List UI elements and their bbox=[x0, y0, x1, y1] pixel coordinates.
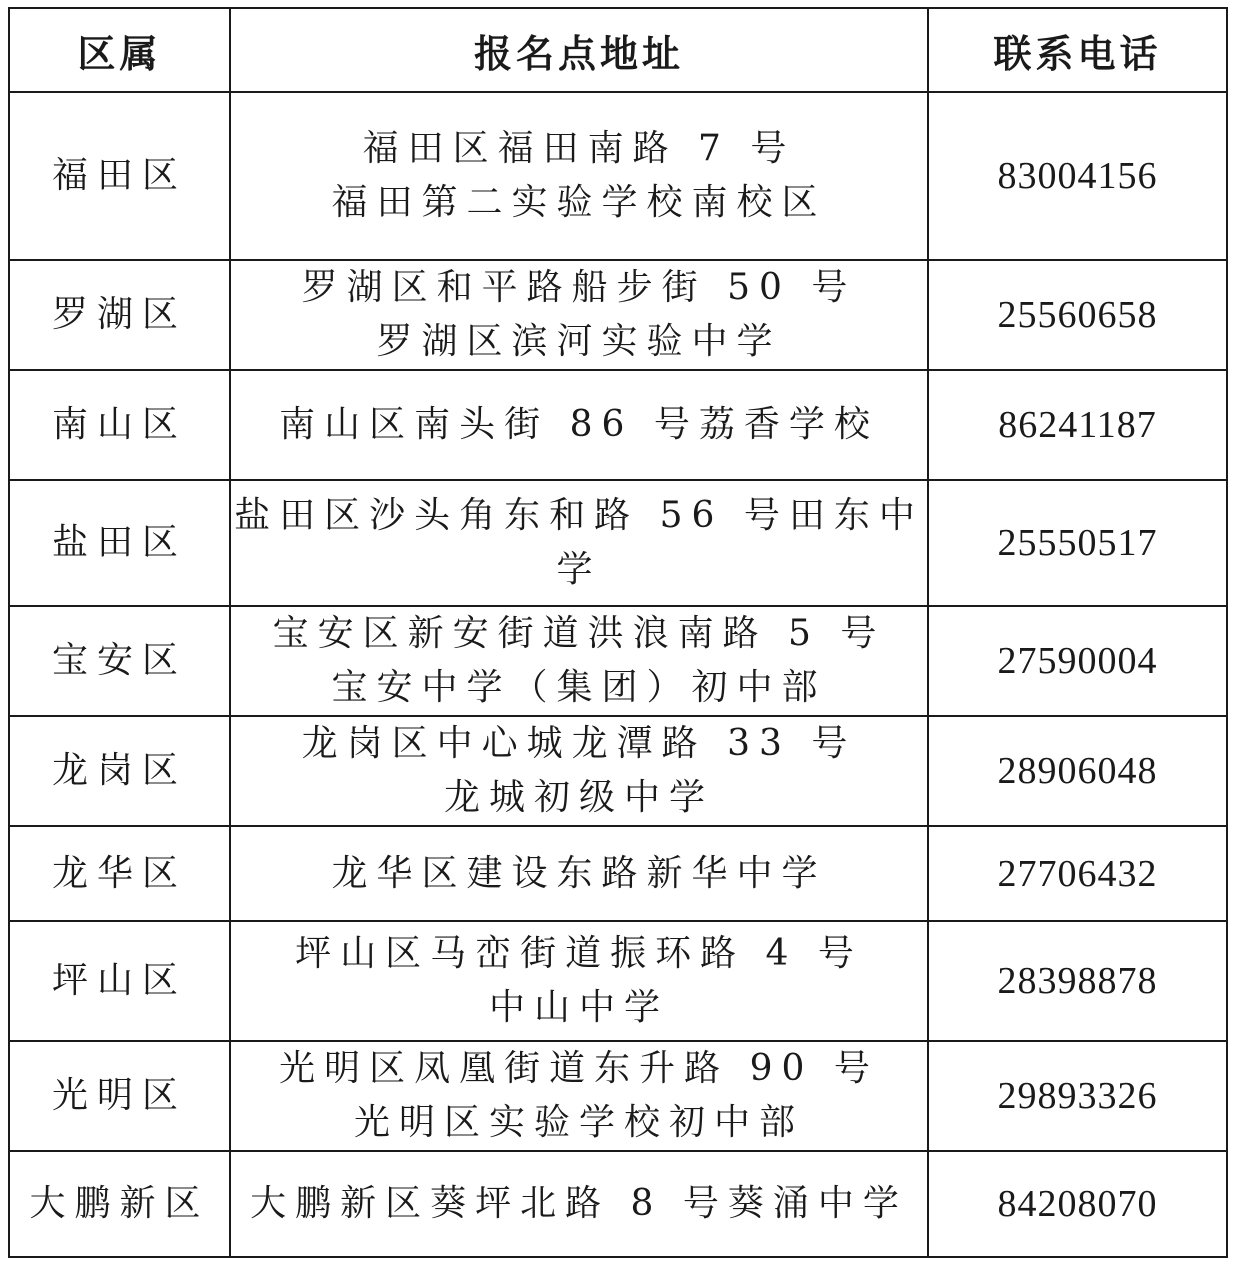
header-district: 区属 bbox=[9, 8, 230, 92]
phone-cell: 84208070 bbox=[928, 1151, 1227, 1257]
phone-cell: 83004156 bbox=[928, 92, 1227, 260]
district-cell: 罗湖区 bbox=[9, 260, 230, 370]
address-line: 盐田区沙头角东和路 56 号田东中学 bbox=[231, 489, 927, 597]
table-row: 宝安区宝安区新安街道洪浪南路 5 号宝安中学（集团）初中部27590004 bbox=[9, 606, 1227, 716]
header-address: 报名点地址 bbox=[230, 8, 928, 92]
address-cell: 盐田区沙头角东和路 56 号田东中学 bbox=[230, 480, 928, 606]
district-cell: 盐田区 bbox=[9, 480, 230, 606]
address-cell: 龙华区建设东路新华中学 bbox=[230, 826, 928, 921]
address-cell: 光明区凤凰街道东升路 90 号光明区实验学校初中部 bbox=[230, 1041, 928, 1151]
address-line: 福田第二实验学校南校区 bbox=[231, 176, 927, 230]
phone-cell: 28906048 bbox=[928, 716, 1227, 826]
phone-cell: 86241187 bbox=[928, 370, 1227, 480]
table-row: 大鹏新区大鹏新区葵坪北路 8 号葵涌中学84208070 bbox=[9, 1151, 1227, 1257]
address-line: 南山区南头街 86 号荔香学校 bbox=[231, 398, 927, 452]
table-row: 龙华区龙华区建设东路新华中学27706432 bbox=[9, 826, 1227, 921]
district-cell: 宝安区 bbox=[9, 606, 230, 716]
address-line: 福田区福田南路 7 号 bbox=[231, 122, 927, 176]
table-row: 龙岗区龙岗区中心城龙潭路 33 号龙城初级中学28906048 bbox=[9, 716, 1227, 826]
phone-cell: 29893326 bbox=[928, 1041, 1227, 1151]
address-line: 宝安中学（集团）初中部 bbox=[231, 661, 927, 715]
address-line: 龙城初级中学 bbox=[231, 771, 927, 825]
phone-cell: 27590004 bbox=[928, 606, 1227, 716]
table-row: 罗湖区罗湖区和平路船步街 50 号罗湖区滨河实验中学25560658 bbox=[9, 260, 1227, 370]
address-line: 龙华区建设东路新华中学 bbox=[231, 847, 927, 901]
header-phone: 联系电话 bbox=[928, 8, 1227, 92]
district-cell: 龙岗区 bbox=[9, 716, 230, 826]
address-cell: 罗湖区和平路船步街 50 号罗湖区滨河实验中学 bbox=[230, 260, 928, 370]
table-row: 光明区光明区凤凰街道东升路 90 号光明区实验学校初中部29893326 bbox=[9, 1041, 1227, 1151]
district-cell: 南山区 bbox=[9, 370, 230, 480]
address-line: 宝安区新安街道洪浪南路 5 号 bbox=[231, 607, 927, 661]
address-cell: 福田区福田南路 7 号福田第二实验学校南校区 bbox=[230, 92, 928, 260]
phone-cell: 25550517 bbox=[928, 480, 1227, 606]
address-line: 大鹏新区葵坪北路 8 号葵涌中学 bbox=[231, 1177, 927, 1231]
phone-cell: 25560658 bbox=[928, 260, 1227, 370]
address-line: 光明区实验学校初中部 bbox=[231, 1096, 927, 1150]
address-cell: 龙岗区中心城龙潭路 33 号龙城初级中学 bbox=[230, 716, 928, 826]
district-cell: 龙华区 bbox=[9, 826, 230, 921]
district-cell: 福田区 bbox=[9, 92, 230, 260]
table-row: 坪山区坪山区马峦街道振环路 4 号中山中学28398878 bbox=[9, 921, 1227, 1041]
address-line: 罗湖区和平路船步街 50 号 bbox=[231, 261, 927, 315]
address-line: 中山中学 bbox=[231, 981, 927, 1035]
address-line: 光明区凤凰街道东升路 90 号 bbox=[231, 1042, 927, 1096]
district-cell: 光明区 bbox=[9, 1041, 230, 1151]
header-row: 区属 报名点地址 联系电话 bbox=[9, 8, 1227, 92]
registration-table: 区属 报名点地址 联系电话 福田区福田区福田南路 7 号福田第二实验学校南校区8… bbox=[8, 7, 1228, 1258]
address-line: 龙岗区中心城龙潭路 33 号 bbox=[231, 717, 927, 771]
district-cell: 大鹏新区 bbox=[9, 1151, 230, 1257]
address-line: 坪山区马峦街道振环路 4 号 bbox=[231, 927, 927, 981]
phone-cell: 28398878 bbox=[928, 921, 1227, 1041]
address-line: 罗湖区滨河实验中学 bbox=[231, 315, 927, 369]
table-row: 福田区福田区福田南路 7 号福田第二实验学校南校区83004156 bbox=[9, 92, 1227, 260]
address-cell: 南山区南头街 86 号荔香学校 bbox=[230, 370, 928, 480]
table-row: 盐田区盐田区沙头角东和路 56 号田东中学25550517 bbox=[9, 480, 1227, 606]
phone-cell: 27706432 bbox=[928, 826, 1227, 921]
table-row: 南山区南山区南头街 86 号荔香学校86241187 bbox=[9, 370, 1227, 480]
district-cell: 坪山区 bbox=[9, 921, 230, 1041]
address-cell: 宝安区新安街道洪浪南路 5 号宝安中学（集团）初中部 bbox=[230, 606, 928, 716]
address-cell: 坪山区马峦街道振环路 4 号中山中学 bbox=[230, 921, 928, 1041]
address-cell: 大鹏新区葵坪北路 8 号葵涌中学 bbox=[230, 1151, 928, 1257]
